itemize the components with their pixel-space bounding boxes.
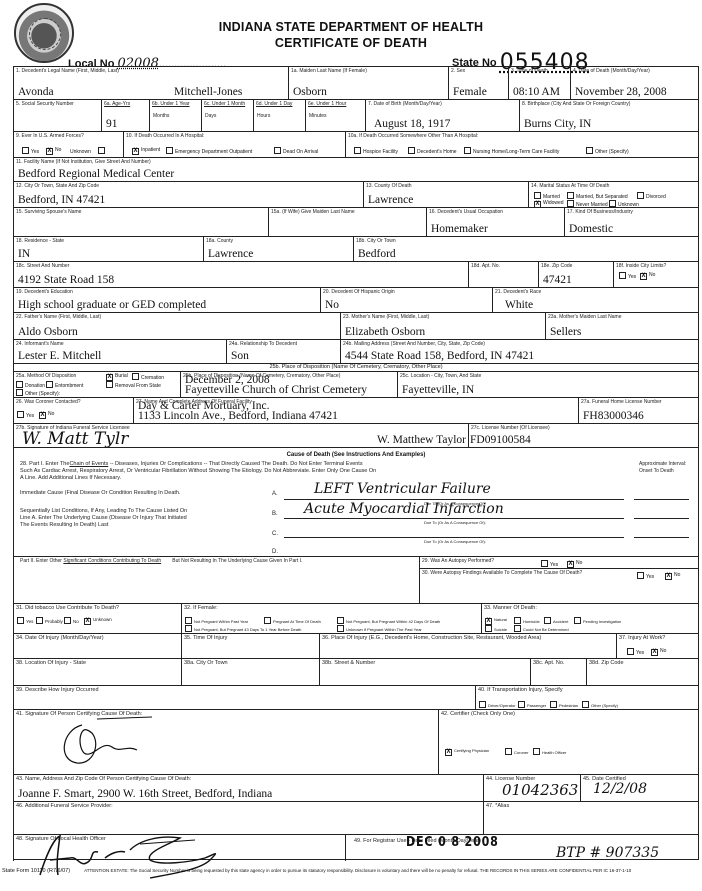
document-title: CERTIFICATE OF DEATH: [0, 36, 702, 50]
field-value: Fayetteville, IN: [402, 384, 474, 396]
field-label: 22. Father's Name (First, Middle, Last): [16, 314, 101, 320]
field-value: November 28, 2008: [575, 86, 667, 98]
field-38c-injury-apt[interactable]: 38c. Apt. No.: [530, 659, 586, 685]
field-label: 12. City Or Town, State And Zip Code: [16, 183, 99, 189]
field-label: 24. Informant's Name: [16, 341, 64, 347]
field-value: Joanne F. Smart, 2900 W. 16th Street, Be…: [18, 788, 272, 800]
field-label: 18f. Inside City Limits?: [616, 263, 666, 269]
option-label: Emergency Department Outpatient: [175, 149, 252, 155]
row-armed-forces-hospital: 9. Ever In U.S. Armed Forces? Yes No Unk…: [13, 131, 698, 157]
facility-address: 1133 Lincoln Ave., Bedford, Indiana 4742…: [138, 410, 338, 422]
checkbox-icon: [514, 617, 521, 624]
checkbox-icon: [534, 192, 541, 199]
checkbox-icon: [637, 572, 644, 579]
option-label: No: [73, 619, 79, 624]
field-43-certifier-name-address[interactable]: 43. Name, Address And Zip Code Of Person…: [13, 775, 483, 801]
field-label: 23. Mother's Name (First, Middle, Last): [343, 314, 429, 320]
cause-header: Cause of Death (See Instructions And Exa…: [14, 452, 698, 458]
checkbox-icon: [514, 625, 521, 632]
checkbox-yes[interactable]: Yes: [627, 648, 644, 656]
checkbox-icon: [46, 381, 53, 388]
field-value: Fayetteville Church of Christ Cemetery: [185, 384, 367, 396]
row-disposition-header: 25b. Place of Disposition (Name Of Cemet…: [13, 363, 698, 371]
field-15-spouse-name[interactable]: 15. Surviving Spouse's Name: [13, 208, 268, 236]
option-label: Certifying Physician: [454, 748, 489, 753]
checkbox-probably[interactable]: Probably: [36, 617, 63, 624]
field-label: 3. Time of Death: [511, 68, 548, 74]
field-31-tobacco: 31. Did tobacco Use Contribute To Death?…: [13, 604, 181, 633]
checkbox-pregnant-42-days[interactable]: Not Pregnant, But Pregnant Within 42 Day…: [337, 617, 440, 624]
checked-box-icon: [665, 573, 672, 580]
option-label: Unknown: [93, 617, 112, 622]
checkbox-nursing-home[interactable]: Nursing Home/Long-Term Care Facility: [464, 147, 559, 155]
field-38a-injury-city[interactable]: 38a. City Or Town: [181, 659, 319, 685]
field-7-date-of-birth[interactable]: 7. Date of Birth (Month/Day/Year) August…: [365, 100, 519, 131]
checkbox-icon: [185, 617, 192, 624]
checkbox-driver[interactable]: Driver/Operator: [479, 701, 516, 708]
checkbox-icon: [533, 748, 540, 755]
option-label: Yes: [26, 619, 33, 624]
option-label: Suicide: [494, 627, 507, 632]
form-id: State Form 10110 (R7/6/07): [2, 868, 70, 874]
checkbox-icon: [464, 147, 471, 154]
checkbox-separated[interactable]: Married, But Separated: [567, 192, 628, 200]
checkbox-icon: [567, 192, 574, 199]
option-label: Inpatient: [141, 147, 160, 153]
option-label: Not Pregnant, But Pregnant Within 42 Day…: [346, 619, 440, 624]
unit-label: Months: [153, 113, 169, 119]
field-value: Sellers: [550, 326, 581, 338]
field-label: 36. Place Of Injury (E.G., Decedent's Ho…: [322, 635, 541, 641]
field-12-city[interactable]: 12. City Or Town, State And Zip Code Bed…: [13, 182, 363, 207]
checkbox-icon: [132, 373, 139, 380]
unit-label: Minutes: [309, 113, 327, 119]
option-label: Unknown: [70, 149, 91, 155]
field-18e-zip[interactable]: 18e. Zip Code 47421: [538, 262, 613, 287]
checkbox-no[interactable]: No: [39, 411, 54, 419]
field-label: 27a. Funeral Home License Number: [581, 399, 662, 405]
checkbox-icon: [264, 617, 271, 624]
field-label: 13. County Of Death: [366, 183, 412, 189]
checkbox-dead-on-arrival[interactable]: Dead On Arrival: [274, 147, 318, 155]
field-24b-mailing-address[interactable]: 24b. Mailing Address (Street And Number,…: [340, 340, 698, 363]
checkbox-passenger[interactable]: Passenger: [518, 701, 546, 708]
row-certifier-info: 43. Name, Address And Zip Code Of Person…: [13, 774, 698, 801]
option-label: Other (Specify): [595, 149, 629, 155]
field-3-time-of-death[interactable]: 3. Time of Death 08:10 AM: [508, 67, 570, 99]
option-label: Homicide: [523, 619, 540, 624]
checkbox-icon: [16, 381, 23, 388]
checkbox-health-officer[interactable]: Health Officer: [533, 748, 566, 755]
field-label: 47. *Alias: [486, 803, 509, 809]
instruction-text: -- Diseases, Injuries Or Complications -…: [108, 461, 362, 467]
field-label: 8. Birthplace (City And State Or Foreign…: [522, 101, 630, 107]
field-6c-days[interactable]: 6c. Under 1 Month Days: [201, 100, 253, 131]
field-label: 18d. Apt. No.: [471, 263, 500, 269]
field-label: 6c. Under 1 Month: [204, 101, 245, 107]
row-education: 19. Decedent's Education High school gra…: [13, 287, 698, 312]
checkbox-pregnant-43-days-1-year[interactable]: Not Pregnant, But Pregnant 43 Days To 1 …: [185, 625, 301, 632]
field-38-injury-state[interactable]: 38. Location Of Injury - State: [13, 659, 181, 685]
field-17-industry[interactable]: 17. Kind Of Business/Industry Domestic: [564, 208, 698, 236]
field-49-registrar-date-filed[interactable]: 49. For Registrar Use - Date Filed (Mont…: [345, 835, 698, 861]
field-6e-minutes[interactable]: 6e. Under 1 Hour Minutes: [305, 100, 365, 131]
field-25b-place[interactable]: 25b. Place of Disposition (Name Of Cemet…: [180, 372, 397, 397]
registrar-note: BTP # 907335: [556, 845, 659, 861]
field-value: 08:10 AM: [513, 86, 560, 98]
field-value: 47421: [543, 274, 572, 286]
field-18d-apt[interactable]: 18d. Apt. No.: [468, 262, 538, 287]
row-facility: 11. Facility Name (If Not Institution, G…: [13, 157, 698, 181]
field-33-manner-of-death: 33. Manner Of Death: Natural Homicide Ac…: [481, 604, 698, 633]
checkbox-homicide[interactable]: Homicide: [514, 617, 540, 624]
field-38b-injury-street[interactable]: 38b. Street & Number: [319, 659, 530, 685]
field-label: 9. Ever In U.S. Armed Forces?: [16, 133, 84, 139]
sequential-label: Sequentially List Conditions, If Any, Le…: [20, 508, 187, 514]
checkbox-yes[interactable]: Yes: [22, 147, 39, 155]
field-4-date-of-death[interactable]: 4. Date of Death (Month/Day/Year) Novemb…: [570, 67, 698, 99]
health-officer-signature-icon: [30, 830, 230, 882]
field-42-certifier-type: 42. Certifier (Check Only One) Certifyin…: [438, 710, 698, 774]
first-name: Avonda: [18, 86, 54, 98]
checkbox-cremation[interactable]: Cremation: [132, 373, 164, 381]
option-label: Accident: [553, 619, 568, 624]
checkbox-undetermined[interactable]: Could Not Be Determined: [514, 625, 569, 632]
checkbox-entombment[interactable]: Entombment: [46, 381, 83, 389]
checkbox-divorced[interactable]: Divorced: [637, 192, 666, 200]
option-label: No: [55, 147, 61, 153]
cause-of-death-cell: Cause of Death (See Instructions And Exa…: [13, 448, 698, 603]
field-label: 6b. Under 1 Year: [152, 101, 190, 107]
line-rule: [284, 537, 624, 538]
footer: State Form 10110 (R7/6/07)ATTENTION ESTA…: [2, 868, 631, 874]
field-10a-other-place: 10a. If Death Occurred Somewhere Other T…: [345, 132, 698, 157]
field-label: 2. Sex: [451, 68, 465, 74]
field-20-hispanic[interactable]: 20. Decedent Of Hispanic Origin No: [320, 288, 492, 312]
line-letter: A.: [272, 491, 278, 497]
checkbox-no[interactable]: No: [651, 648, 666, 656]
field-value: High school graduate or GED completed: [18, 299, 206, 311]
field-label: 29. Was An Autopsy Performed?: [422, 558, 494, 564]
field-value: Son: [231, 350, 249, 362]
field-label: 18c. Street And Number: [16, 263, 69, 269]
field-36-injury-place[interactable]: 36. Place Of Injury (E.G., Decedent's Ho…: [319, 634, 616, 658]
checkbox-inpatient[interactable]: Inpatient: [132, 147, 160, 155]
field-value: Osborn: [293, 86, 327, 98]
field-label: 34. Date Of Injury (Month/Day/Year): [16, 635, 104, 641]
row-certifier-signature: 41. Signature Of Person Certifying Cause…: [13, 709, 698, 774]
checkbox-burial[interactable]: Burial: [106, 373, 128, 381]
line-letter: C.: [272, 531, 278, 537]
checkbox-yes[interactable]: Yes: [637, 572, 654, 580]
field-label: 39. Describe How Injury Occurred: [16, 687, 99, 693]
field-8-birthplace[interactable]: 8. Birthplace (City And State Or Foreign…: [519, 100, 698, 131]
field-23a-mother-maiden-name[interactable]: 23a. Mother's Maiden Last Name Sellers: [545, 313, 698, 339]
row-residence: 18. Residence - State IN 18a. County Law…: [13, 236, 698, 261]
field-18a-county[interactable]: 18a. County Lawrence: [203, 237, 353, 261]
checkbox-icon: [485, 625, 492, 632]
field-22-father-name[interactable]: 22. Father's Name (First, Middle, Last) …: [13, 313, 340, 339]
field-label: 25a. Method Of Disposition: [16, 373, 76, 379]
field-21-race[interactable]: 21. Decedent's Race White: [492, 288, 698, 312]
field-value: White: [505, 299, 533, 311]
line-letter: B.: [272, 511, 278, 517]
checkbox-icon: [408, 147, 415, 154]
field-value: 12/2/08: [593, 781, 647, 797]
part1-instructions-3: A Line. Add Additional Lines If Necessar…: [20, 475, 121, 481]
option-label: Could Not Be Determined: [523, 627, 569, 632]
checkbox-married[interactable]: Married: [534, 192, 560, 200]
checkbox-icon: [609, 200, 616, 207]
field-27c-licensee-license[interactable]: 27c. License Number (Of Licensee) FD0910…: [468, 424, 698, 447]
interval-rule: [634, 518, 689, 519]
field-18c-street[interactable]: 18c. Street And Number 4192 State Road 1…: [13, 262, 468, 287]
field-label: 1. Decedent's Legal Name (First, Middle,…: [16, 68, 119, 74]
field-label: 43. Name, Address And Zip Code Of Person…: [16, 776, 191, 782]
checkbox-icon: [22, 147, 29, 154]
licensee-printed-name: W. Matthew Taylor: [377, 434, 466, 446]
field-value: Bedford, IN 47421: [18, 194, 105, 206]
option-label: No: [660, 648, 666, 654]
field-18b-city[interactable]: 18b. City Or Town Bedford: [353, 237, 698, 261]
option-label: Health Officer: [542, 750, 566, 755]
option-label: Divorced: [646, 194, 666, 200]
checkbox-emergency-outpatient[interactable]: Emergency Department Outpatient: [166, 147, 252, 155]
option-label: No: [48, 411, 54, 417]
checkbox-other[interactable]: Other (Specify): [586, 147, 629, 155]
option-label: Yes: [628, 274, 636, 280]
checkbox-removal-from-state[interactable]: Removal From State: [106, 381, 161, 389]
field-label: 37. Injury At Work?: [619, 635, 665, 641]
part1-instructions-2: Such As Cardiac Arrest, Respiratory Arre…: [20, 468, 376, 474]
checkbox-no[interactable]: No: [46, 147, 61, 155]
field-label: 18a. County: [206, 238, 233, 244]
checkbox-other[interactable]: Other (Specify):: [16, 389, 60, 397]
field-27a-funeral-license[interactable]: 27a. Funeral Home License Number FH83000…: [578, 398, 698, 423]
field-label: 35. Time Of Injury: [184, 635, 227, 641]
licensee-signature: W. Matt Tylr: [22, 429, 128, 449]
field-label: 26. Was Coroner Contacted?: [16, 399, 81, 405]
field-label: 21. Decedent's Race: [495, 289, 541, 295]
field-label: 18. Residence - State: [16, 238, 64, 244]
field-value: FH83000346: [583, 410, 644, 422]
field-39-injury-description[interactable]: 39. Describe How Injury Occurred: [13, 686, 475, 709]
checkbox-icon: [619, 272, 626, 279]
field-24-informant-name[interactable]: 24. Informant's Name Lester E. Mitchell: [13, 340, 226, 363]
field-29-autopsy: 29. Was An Autopsy Performed? Yes No: [419, 556, 699, 568]
field-44-license-number[interactable]: 44. License Number 01042363: [483, 775, 580, 801]
field-label: 10a. If Death Occurred Somewhere Other T…: [348, 133, 478, 139]
checkbox-icon: [541, 560, 548, 567]
field-45-date-certified[interactable]: 45. Date Certified 12/2/08: [580, 775, 698, 801]
field-value: Lawrence: [208, 248, 253, 260]
field-27-funeral-facility[interactable]: 27. Name And Complete Address Of Funeral…: [133, 398, 578, 423]
option-label: No: [674, 572, 680, 578]
instruction-text: 28. Part I. Enter The: [20, 461, 69, 467]
field-30-autopsy-findings: 30. Were Autopsy Findings Available To C…: [419, 568, 699, 604]
field-label: 38d. Zip Code: [589, 660, 624, 666]
checked-box-icon: [640, 273, 647, 280]
checkbox-yes[interactable]: Yes: [541, 560, 558, 568]
field-19-education[interactable]: 19. Decedent's Education High school gra…: [13, 288, 320, 312]
field-47-alias[interactable]: 47. *Alias: [483, 802, 698, 834]
field-2-sex[interactable]: 2. Sex Female: [448, 67, 508, 99]
row-parents: 22. Father's Name (First, Middle, Last) …: [13, 312, 698, 339]
field-label: 4. Date of Death (Month/Day/Year): [573, 68, 650, 74]
checkbox-natural[interactable]: Natural: [485, 617, 507, 625]
field-5-ssn[interactable]: 5. Social Security Number: [13, 100, 101, 131]
checkbox-not-pregnant-past-year[interactable]: Not Pregnant Within Past Year: [185, 617, 248, 624]
field-value: Lester E. Mitchell: [18, 350, 101, 362]
checkbox-icon: [337, 625, 344, 632]
row-spouse-occupation: 15. Surviving Spouse's Name 15a. (If Wif…: [13, 207, 698, 236]
option-label: Yes: [636, 650, 644, 656]
checkbox-icon: [337, 617, 344, 624]
checkbox-pregnant-at-death[interactable]: Pregnant At Time Of Death: [264, 617, 321, 624]
field-25c-location[interactable]: 25c. Location - City, Town, And State Fa…: [397, 372, 698, 397]
field-35-injury-time[interactable]: 35. Time Of Injury: [181, 634, 319, 658]
checkbox-yes[interactable]: Yes: [17, 617, 33, 624]
field-label: 24a. Relationship To Decedent: [229, 341, 297, 347]
checkbox-no[interactable]: No: [640, 272, 655, 280]
field-label: 11. Facility Name (If Not Institution, G…: [16, 159, 151, 165]
field-38d-injury-zip[interactable]: 38d. Zip Code: [586, 659, 698, 685]
option-label: Not Pregnant, But Pregnant 43 Days To 1 …: [194, 627, 301, 632]
checkbox-icon: [16, 389, 23, 396]
checkbox-coroner[interactable]: Coroner: [505, 748, 528, 755]
field-value: 91: [106, 118, 118, 130]
checkbox-icon: [98, 147, 105, 154]
checked-box-icon: [84, 618, 91, 625]
checkbox-other-transport[interactable]: Other (Specify): [582, 701, 618, 708]
checked-box-icon: [485, 618, 492, 625]
certifier-signature-icon: [42, 715, 162, 770]
checkbox-unknown[interactable]: Unknown: [70, 147, 107, 155]
checked-box-icon: [132, 148, 139, 155]
field-label: 40. If Transportation Injury, Specify: [478, 687, 563, 693]
field-6a-age[interactable]: 6a. Age-Yrs 91: [101, 100, 149, 131]
field-1-name[interactable]: 1. Decedent's Legal Name (First, Middle,…: [13, 67, 288, 99]
option-label: No: [576, 560, 582, 566]
field-value: Elizabeth Osborn: [345, 326, 425, 338]
cause-of-death-section: Cause of Death (See Instructions And Exa…: [13, 447, 698, 603]
option-label: Nursing Home/Long-Term Care Facility: [473, 149, 559, 155]
field-value: 4192 State Road 158: [18, 274, 114, 286]
field-6d-hours[interactable]: 6d. Under 1 Day Hours: [253, 100, 305, 131]
checkbox-icon: [64, 617, 71, 624]
field-value: IN: [18, 248, 30, 260]
checkbox-unknown[interactable]: Unknown: [84, 617, 112, 625]
field-label: 42. Certifier (Check Only One): [441, 711, 515, 717]
field-18-state[interactable]: 18. Residence - State IN: [13, 237, 203, 261]
option-label: Decedent's Home: [417, 149, 457, 155]
checkbox-unknown-pregnant[interactable]: Unknown If Pregnant Within The Past Year: [337, 625, 422, 632]
checked-box-icon: [39, 412, 46, 419]
chain-of-events-text: Chain of Events: [69, 461, 108, 467]
field-label: 33. Manner Of Death:: [484, 605, 537, 611]
checked-box-icon: [445, 749, 452, 756]
field-34-injury-date[interactable]: 34. Date Of Injury (Month/Day/Year): [13, 634, 181, 658]
field-6b-months[interactable]: 6b. Under 1 Year Months: [149, 100, 201, 131]
checkbox-hospice[interactable]: Hospice Facility: [354, 147, 398, 155]
option-label: Driver/Operator: [488, 703, 516, 708]
option-label: Not Pregnant Within Past Year: [194, 619, 248, 624]
field-label: 20. Decedent Of Hispanic Origin: [323, 289, 395, 295]
checkbox-decedents-home[interactable]: Decedent's Home: [408, 147, 457, 155]
checkbox-suicide[interactable]: Suicide: [485, 625, 507, 632]
checkbox-icon: [567, 200, 574, 207]
option-label: Yes: [26, 413, 34, 419]
checkbox-yes[interactable]: Yes: [619, 272, 636, 280]
field-label: 32. If Female:: [184, 605, 218, 611]
field-label: 31. Did tobacco Use Contribute To Death?: [16, 605, 119, 611]
checked-box-icon: [46, 148, 53, 155]
checked-box-icon: [651, 649, 658, 656]
field-label: 38b. Street & Number: [322, 660, 375, 666]
field-label: 5. Social Security Number: [16, 101, 74, 107]
field-1a-maiden-name[interactable]: 1a. Maiden Last Name (If Female) Osborn: [288, 67, 448, 99]
field-value: Aldo Osborn: [18, 326, 78, 338]
privacy-notice: ATTENTION ESTATE: The Social Security Nu…: [84, 868, 631, 873]
checkbox-icon: [106, 381, 113, 388]
checkbox-icon: [586, 147, 593, 154]
checked-box-icon: [106, 374, 113, 381]
row-address: 18c. Street And Number 4192 State Road 1…: [13, 261, 698, 287]
option-label: Burial: [115, 373, 128, 379]
line-letter: D.: [272, 549, 278, 555]
interval-label: Approximate Interval: Onset To Death: [639, 461, 689, 475]
field-label: 30. Were Autopsy Findings Available To C…: [422, 570, 582, 576]
row-injury-description: 39. Describe How Injury Occurred 40. If …: [13, 685, 698, 709]
checkbox-pedestrian[interactable]: Pedestrian: [550, 701, 578, 708]
field-label: 46. Additional Funeral Service Provider:: [16, 803, 113, 809]
checkbox-no[interactable]: No: [64, 617, 79, 624]
checkbox-no[interactable]: No: [567, 560, 582, 568]
disposition-header-cell: 25b. Place of Disposition (Name Of Cemet…: [13, 364, 698, 371]
date-filed-stamp: DEC 0 8 2008: [406, 835, 499, 850]
option-label: Widowed: [543, 200, 564, 206]
option-label: Unknown If Pregnant Within The Past Year: [346, 627, 422, 632]
field-37-injury-at-work: 37. Injury At Work? Yes No: [616, 634, 698, 658]
field-11-facility-name[interactable]: 11. Facility Name (If Not Institution, G…: [13, 158, 698, 181]
field-24a-relationship[interactable]: 24a. Relationship To Decedent Son: [226, 340, 340, 363]
option-label: Other (Specify): [591, 703, 618, 708]
field-13-county[interactable]: 13. County Of Death Lawrence: [363, 182, 528, 207]
field-27b-licensee-signature[interactable]: 27b. Signature of Indiana Funeral Servic…: [13, 424, 468, 447]
field-41-certifier-signature[interactable]: 41. Signature Of Person Certifying Cause…: [13, 710, 438, 774]
unit-label: Hours: [257, 113, 270, 119]
field-16-occupation[interactable]: 16. Decedent's Usual Occupation Homemake…: [426, 208, 564, 236]
checkbox-pending-investigation[interactable]: Pending Investigation: [574, 617, 621, 624]
checkbox-certifying-physician[interactable]: Certifying Physician: [445, 748, 489, 756]
field-label: 23a. Mother's Maiden Last Name: [548, 314, 622, 320]
checkbox-icon: [185, 625, 192, 632]
option-label: Yes: [646, 574, 654, 580]
option-label: Pregnant At Time Of Death: [273, 619, 321, 624]
field-value: 01042363: [502, 781, 578, 799]
field-value: Bedford Regional Medical Center: [18, 168, 174, 180]
checkbox-yes[interactable]: Yes: [17, 411, 34, 419]
checkbox-donation[interactable]: Donation: [16, 381, 45, 389]
checkbox-no[interactable]: No: [665, 572, 680, 580]
field-label: 6e. Under 1 Hour: [308, 101, 346, 107]
field-23-mother-name[interactable]: 23. Mother's Name (First, Middle, Last) …: [340, 313, 545, 339]
checkbox-accident[interactable]: Accident: [544, 617, 568, 624]
field-15a-maiden-name[interactable]: 15a. (If Wife) Give Maiden Last Name: [268, 208, 426, 236]
checkbox-icon: [17, 617, 24, 624]
option-label: Passenger: [527, 703, 546, 708]
part1-instructions: 28. Part I. Enter TheChain of Events -- …: [20, 461, 363, 467]
